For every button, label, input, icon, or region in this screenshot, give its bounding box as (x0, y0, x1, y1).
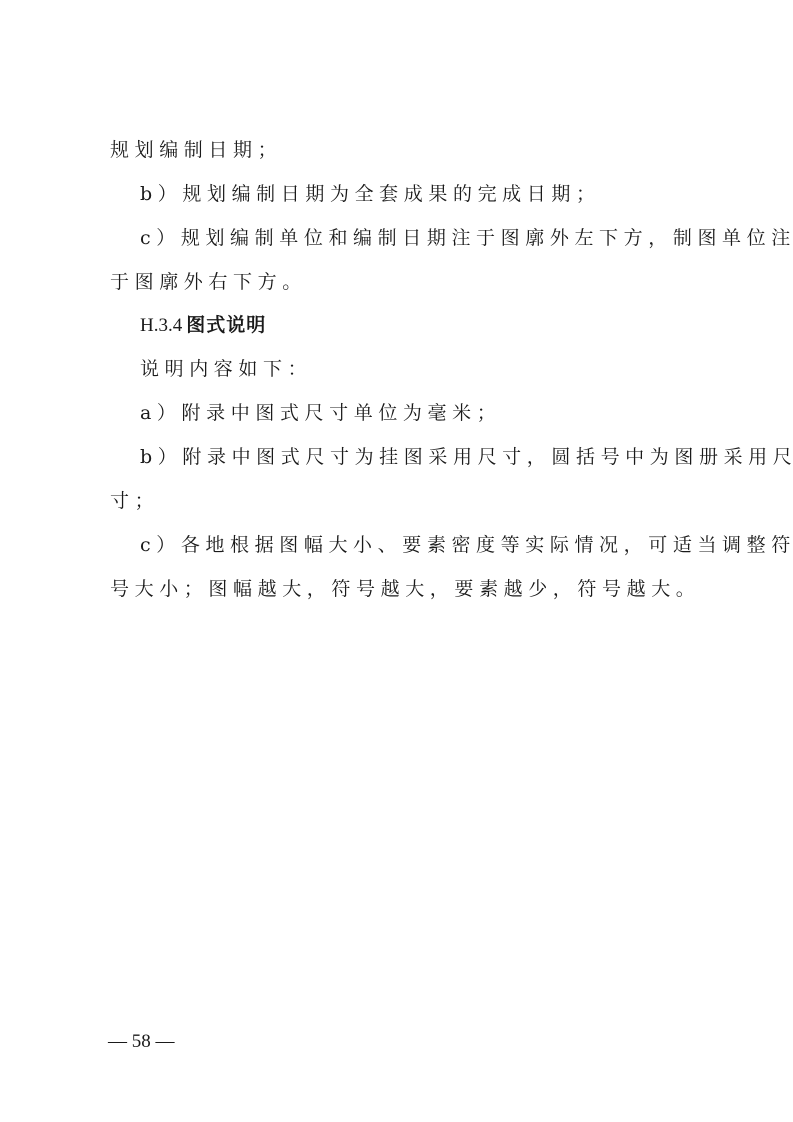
paragraph-continuation: 规划编制日期； (110, 138, 690, 162)
list-item-b-size-line1: b）附录中图式尺寸为挂图采用尺寸，圆括号中为图册采用尺 (140, 445, 720, 469)
intro-text: 说明内容如下： (140, 357, 720, 381)
list-item-c-position-line1: c）规划编制单位和编制日期注于图廓外左下方，制图单位注 (140, 226, 720, 250)
document-page: 规划编制日期； b）规划编制日期为全套成果的完成日期； c）规划编制单位和编制日… (0, 0, 793, 1122)
page-number: — 58 — (108, 1030, 175, 1054)
list-item-c-adjust-line2: 号大小；图幅越大，符号越大，要素越少，符号越大。 (110, 577, 690, 601)
list-item-c-adjust-line1: c）各地根据图幅大小、要素密度等实际情况，可适当调整符 (140, 533, 720, 557)
list-item-b-size-line2: 寸； (110, 489, 690, 513)
list-item-a-unit: a）附录中图式尺寸单位为毫米； (140, 401, 720, 425)
list-item-c-position-line2: 于图廓外右下方。 (110, 270, 690, 294)
section-title: 图式说明 (186, 314, 266, 336)
section-heading: H.3.4图式说明 (140, 313, 266, 338)
section-number: H.3.4 (140, 315, 182, 336)
list-item-b-date: b）规划编制日期为全套成果的完成日期； (140, 182, 720, 206)
